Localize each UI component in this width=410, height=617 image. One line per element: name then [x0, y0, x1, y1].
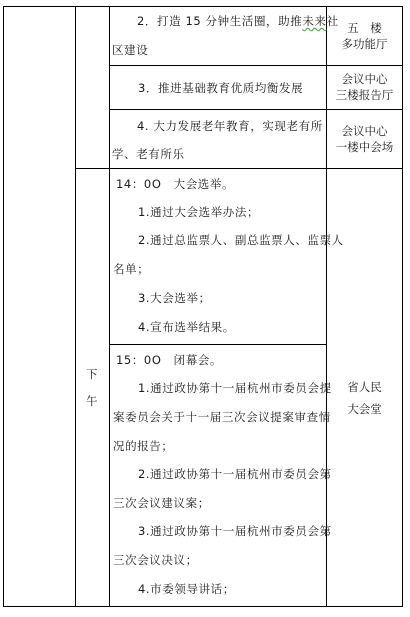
location-line: 一楼中会场 [327, 139, 402, 155]
agenda-text-line: 学、老有所乐 [112, 147, 185, 161]
table-bottom-border [3, 606, 403, 607]
agenda-item: 名单； [113, 262, 149, 276]
agenda-text-segment: 2．打造 15 分钟生活圈，助推 [137, 14, 302, 28]
location-cell: 会议中心 一楼中会场 [327, 123, 402, 155]
table-right-border [402, 6, 403, 607]
location-cell: 五 楼 多功能厅 [327, 20, 402, 52]
agenda-item: 2.通过政协第十一届杭州市委员会第 [138, 467, 332, 481]
table-top-border [3, 6, 403, 7]
row-divider-3 [75, 168, 403, 169]
agenda-item: 3.通过政协第十一届杭州市委员会第 [138, 524, 332, 538]
section-heading: 14：0O 大会选举。 [116, 177, 234, 191]
agenda-item: 况的报告； [113, 439, 174, 453]
table-left-border [3, 6, 4, 607]
agenda-item: 4.市委领导讲话； [138, 582, 235, 596]
agenda-item: 三次会议建议案； [113, 496, 210, 510]
agenda-text-line: 区建设 [112, 43, 148, 57]
agenda-text-line: 3．推进基础教育优质均衡发展 [138, 81, 303, 95]
location-line: 会议中心 [327, 71, 402, 87]
agenda-item: 2.通过总监票人、副总监票人、监票人 [138, 233, 344, 247]
location-line: 多功能厅 [327, 36, 402, 52]
row-divider-election-closing [109, 344, 327, 345]
spellcheck-underlined-text: 未来 [302, 14, 326, 28]
column-divider-2 [109, 6, 110, 607]
column-divider-1 [75, 6, 76, 607]
location-line: 会议中心 [327, 123, 402, 139]
agenda-item: 三次会议决议； [113, 553, 198, 567]
location-cell: 省人民 大会堂 [327, 376, 402, 420]
period-label-char: 午 [86, 394, 98, 408]
agenda-item: 案委员会关于十一届三次会议提案审查情 [113, 410, 331, 424]
row-divider-2 [109, 109, 403, 110]
location-line: 五 楼 [327, 20, 402, 36]
row-divider-1 [109, 65, 403, 66]
agenda-item: 4.宣布选举结果。 [138, 320, 235, 334]
period-label-char: 下 [86, 367, 98, 381]
section-heading: 15：0O 闭幕会。 [116, 353, 222, 367]
location-line: 省人民 [327, 376, 402, 398]
agenda-item: 1.通过大会选举办法； [138, 205, 259, 219]
agenda-text-line: 4. 大力发展老年教育，实现老有所 [137, 119, 323, 133]
agenda-text-line: 2．打造 15 分钟生活圈，助推未来社 [137, 14, 339, 28]
agenda-item: 1.通过政协第十一届杭州市委员会提 [138, 381, 332, 395]
location-cell: 会议中心 三楼报告厅 [327, 71, 402, 103]
location-line: 大会堂 [327, 398, 402, 420]
location-line: 三楼报告厅 [327, 87, 402, 103]
agenda-item: 3.大会选举； [138, 291, 211, 305]
